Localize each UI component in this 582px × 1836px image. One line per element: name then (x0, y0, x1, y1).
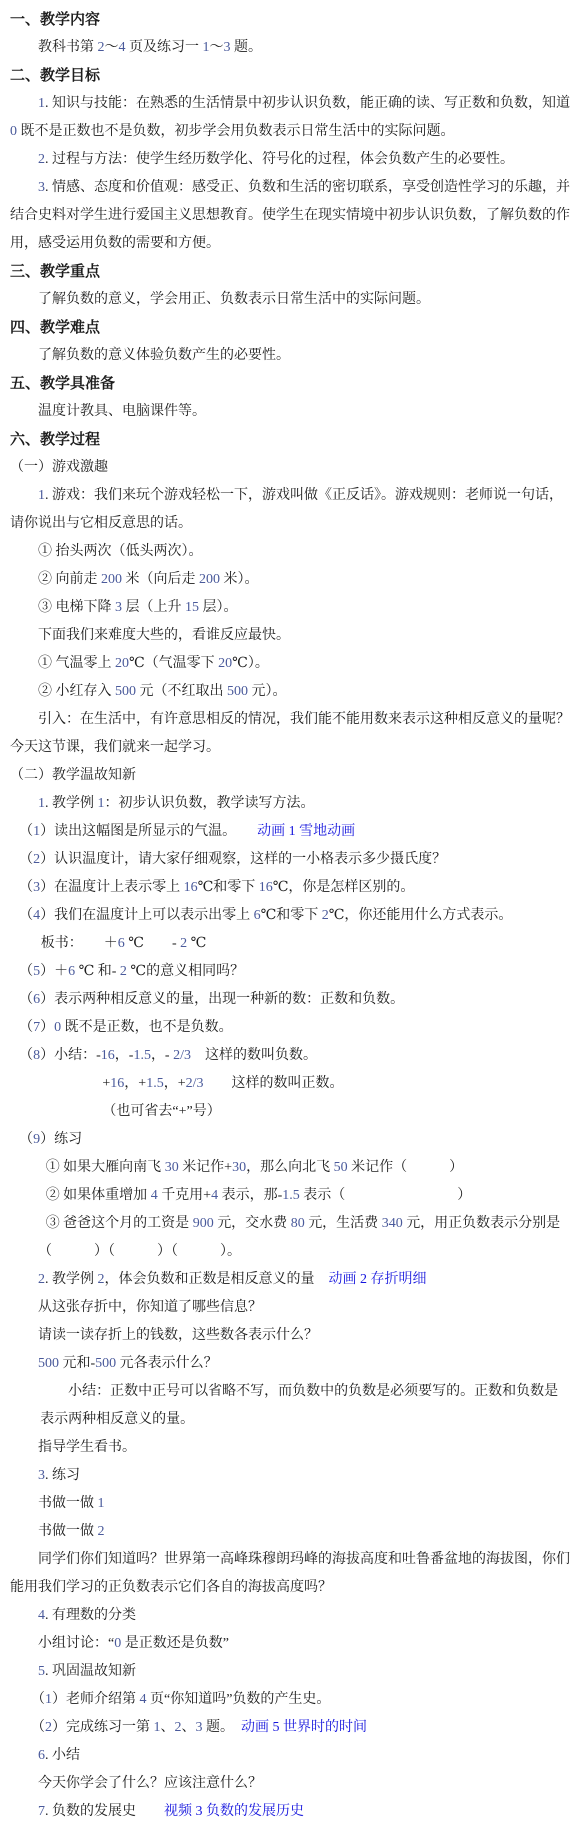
number: 1 (98, 796, 105, 811)
paragraph: 书做一做 2 (10, 1518, 572, 1546)
number: 2 (98, 40, 105, 55)
text-run: 3. 练习 (38, 1468, 80, 1483)
paragraph: 请读一读存折上的钱数，这些数各表示什么？ (10, 1322, 572, 1350)
text-run: （9）练习 (19, 1132, 82, 1147)
text-run: 三、教学重点 (10, 264, 100, 280)
number: 0 (54, 1020, 61, 1035)
text-run: 1. 游戏：我们来玩个游戏轻松一下，游戏叫做《正反话》。游戏规则：老师说一句话，… (10, 488, 563, 531)
number: 2/3 (173, 1048, 191, 1063)
paragraph: （9）练习 (10, 1126, 572, 1154)
video-3-link[interactable]: 视频 3 负数的发展历史 (164, 1804, 304, 1819)
text-run: （3）在温度计上表示零上 16℃和零下 16℃，你是怎样区别的。 (19, 880, 414, 895)
number: 6 (118, 936, 125, 951)
number: 1 (45, 1692, 52, 1707)
number: 2 (38, 152, 45, 167)
paragraph: 500 元和-500 元各表示什么？ (10, 1350, 572, 1378)
number: 3 (38, 180, 45, 195)
paragraph: （2）认识温度计，请大家仔细观察，这样的一小格表示多少摄氏度？ (10, 846, 572, 874)
number: 3 (196, 1720, 203, 1735)
number: 4 (151, 1188, 158, 1203)
number: 50 (334, 1160, 348, 1175)
number: 340 (382, 1216, 403, 1231)
paragraph: 教科书第 2～4 页及练习一 1～3 题。 (10, 34, 572, 62)
paragraph: （1）读出这幅图是所显示的气温。 动画 1 雪地动画 (10, 818, 572, 846)
text-run: （5）＋6 ℃ 和- 2 ℃的意义相同吗？ (19, 964, 244, 979)
number: 6 (254, 908, 261, 923)
number: 7 (33, 1020, 40, 1035)
text-run: 小组讨论：“0 是正数还是负数” (38, 1636, 229, 1651)
number: 20 (218, 656, 232, 671)
text-run: ① 抬头两次（低头两次）。 (38, 544, 203, 559)
text-run: （4）我们在温度计上可以表示出零上 6℃和零下 2℃，你还能用什么方式表示。 (19, 908, 512, 923)
paragraph: 温度计教具、电脑课件等。 (10, 398, 572, 426)
number: 1.5 (146, 1076, 164, 1091)
number: 6 (68, 964, 75, 979)
number: 2 (322, 908, 329, 923)
number: 2/3 (186, 1076, 204, 1091)
section-heading: 一、教学内容 (10, 6, 572, 34)
text-run: 6. 小结 (38, 1748, 80, 1763)
paragraph: ① 气温零上 20℃（气温零下 20℃）。 (10, 650, 572, 678)
text-run: 一、教学内容 (10, 12, 100, 28)
text-run: 1. 知识与技能：在熟悉的生活情景中初步认识负数，能正确的读、写正数和负数，知道… (10, 96, 574, 139)
paragraph: 1. 教学例 1：初步认识负数，教学读写方法。 (10, 790, 572, 818)
number: 2 (38, 1272, 45, 1287)
number: 16 (101, 1048, 115, 1063)
paragraph: 从这张存折中，你知道了哪些信息？ (10, 1294, 572, 1322)
text-run: +16，+1.5，+2/3 这样的数叫正数。 (102, 1076, 343, 1091)
number: 2 (98, 1524, 105, 1539)
number: 1.5 (133, 1048, 151, 1063)
text-run: ③ 电梯下降 3 层（上升 15 层）。 (38, 600, 238, 615)
paragraph: （6）表示两种相反意义的量，出现一种新的数：正数和负数。 (10, 986, 572, 1014)
number: 500 (38, 1356, 59, 1371)
paragraph: 板书： ＋6 ℃ - 2 ℃ (10, 930, 572, 958)
number: 2 (45, 1720, 52, 1735)
number: 8 (33, 1048, 40, 1063)
paragraph: ① 如果大雁向南飞 30 米记作+30，那么向北飞 50 米记作（ ） (38, 1154, 572, 1182)
text-run: 教科书第 2～4 页及练习一 1～3 题。 (38, 40, 262, 55)
number: 30 (232, 1160, 246, 1175)
text-run: ② 小红存入 500 元（不红取出 500 元）。 (38, 684, 287, 699)
text-run: 四、教学难点 (10, 320, 100, 336)
lesson-plan-document: 一、教学内容教科书第 2～4 页及练习一 1～3 题。二、教学目标1. 知识与技… (0, 0, 582, 1836)
text-run: 下面我们来难度大些的，看谁反应最快。 (38, 628, 290, 643)
number: 6 (38, 1748, 45, 1763)
number: 3 (115, 600, 122, 615)
number: 2 (33, 852, 40, 867)
number: 500 (115, 684, 136, 699)
number: 7 (38, 1804, 45, 1819)
paragraph: ③ 爸爸这个月的工资是 900 元，交水费 80 元，生活费 340 元，用正负… (38, 1210, 572, 1266)
number: 1 (203, 40, 210, 55)
number: 0 (10, 124, 17, 139)
text-run: 同学们你们知道吗？世界第一高峰珠穆朗玛峰的海拔高度和吐鲁番盆地的海拔图，你们能用… (10, 1552, 570, 1595)
text-run: 今天你学会了什么？应该注意什么？ (38, 1776, 262, 1791)
text-run: 4. 有理数的分类 (38, 1608, 136, 1623)
text-run: 请读一读存折上的钱数，这些数各表示什么？ (38, 1328, 318, 1343)
paragraph: +16，+1.5，+2/3 这样的数叫正数。 (102, 1070, 572, 1098)
paragraph: 了解负数的意义，学会用正、负数表示日常生活中的实际问题。 (10, 286, 572, 314)
number: 9 (33, 1132, 40, 1147)
text-run: 从这张存折中，你知道了哪些信息？ (38, 1300, 262, 1315)
paragraph: 6. 小结 (10, 1742, 572, 1770)
section-heading: 三、教学重点 (10, 258, 572, 286)
number: 900 (193, 1216, 214, 1231)
paragraph: 1. 知识与技能：在熟悉的生活情景中初步认识负数，能正确的读、写正数和负数，知道… (10, 90, 572, 146)
text-run: （8）小结：-16，-1.5，- 2/3 这样的数叫负数。 (19, 1048, 317, 1063)
paragraph: （5）＋6 ℃ 和- 2 ℃的意义相同吗？ (10, 958, 572, 986)
number: 4 (119, 40, 126, 55)
paragraph: 了解负数的意义体验负数产生的必要性。 (10, 342, 572, 370)
number: 2 (98, 1272, 105, 1287)
number: 2 (120, 964, 127, 979)
number: 4 (38, 1608, 45, 1623)
paragraph: 3. 情感、态度和价值观：感受正、负数和生活的密切联系，享受创造性学习的乐趣，并… (10, 174, 572, 258)
paragraph: ② 如果体重增加 4 千克用+4 表示，那-1.5 表示（ ） (38, 1182, 572, 1210)
paragraph: （7）0 既不是正数，也不是负数。 (10, 1014, 572, 1042)
text-run: （1）老师介绍第 4 页“你知道吗”负数的产生史。 (31, 1692, 330, 1707)
text-run: 板书： ＋6 ℃ - 2 ℃ (41, 936, 207, 951)
number: 20 (115, 656, 129, 671)
text-run: 引入：在生活中，有许意思相反的情况，我们能不能用数来表示这种相反意义的量呢？今天… (10, 712, 570, 755)
paragraph: （2）完成练习一第 1、2、3 题。 动画 5 世界时的时间 (10, 1714, 572, 1742)
number: 6 (33, 992, 40, 1007)
paragraph: 今天你学会了什么？应该注意什么？ (10, 1770, 572, 1798)
text-run: 2. 教学例 2，体会负数和正数是相反意义的量 (38, 1272, 329, 1287)
number: 1 (38, 796, 45, 811)
section-heading: 二、教学目标 (10, 62, 572, 90)
number: 80 (291, 1216, 305, 1231)
number: 3 (33, 880, 40, 895)
paragraph: 7. 负数的发展史 视频 3 负数的发展历史 (10, 1798, 572, 1826)
text-run: （2）认识温度计，请大家仔细观察，这样的一小格表示多少摄氏度？ (19, 852, 446, 867)
number: 2 (180, 936, 187, 951)
number: 4 (140, 1692, 147, 1707)
animation-2-link[interactable]: 动画 2 存折明细 (329, 1272, 427, 1287)
text-run: 书做一做 2 (38, 1524, 105, 1539)
number: 1.5 (282, 1188, 300, 1203)
paragraph: （4）我们在温度计上可以表示出零上 6℃和零下 2℃，你还能用什么方式表示。 (10, 902, 572, 930)
text-run: 500 元和-500 元各表示什么？ (38, 1356, 218, 1371)
number: 16 (259, 880, 273, 895)
number: 1 (154, 1720, 161, 1735)
number: 200 (101, 572, 122, 587)
paragraph: 指导学生看书。 (10, 1434, 572, 1462)
number: 200 (199, 572, 220, 587)
number: 500 (227, 684, 248, 699)
paragraph: 2. 教学例 2，体会负数和正数是相反意义的量 动画 2 存折明细 (10, 1266, 572, 1294)
number: 1 (38, 488, 45, 503)
section-heading: 六、教学过程 (10, 426, 572, 454)
paragraph: 小组讨论：“0 是正数还是负数” (10, 1630, 572, 1658)
paragraph: （也可省去“+”号） (102, 1098, 572, 1126)
paragraph: ③ 电梯下降 3 层（上升 15 层）。 (10, 594, 572, 622)
number: 3 (38, 1468, 45, 1483)
text-run: 小结：正数中正号可以省略不写，而负数中的负数是必须要写的。正数和负数是表示两种相… (40, 1384, 558, 1427)
paragraph: 1. 游戏：我们来玩个游戏轻松一下，游戏叫做《正反话》。游戏规则：老师说一句话，… (10, 482, 572, 538)
text-run: 5. 巩固温故知新 (38, 1664, 136, 1679)
number: 0 (114, 1636, 121, 1651)
number: 16 (184, 880, 198, 895)
text-run: ① 气温零上 20℃（气温零下 20℃）。 (38, 656, 269, 671)
text-run: （6）表示两种相反意义的量，出现一种新的数：正数和负数。 (19, 992, 404, 1007)
number: 4 (33, 908, 40, 923)
text-run: （二）教学温故知新 (10, 768, 136, 783)
paragraph: 4. 有理数的分类 (10, 1602, 572, 1630)
paragraph: 2. 过程与方法：使学生经历数学化、符号化的过程，体会负数产生的必要性。 (10, 146, 572, 174)
paragraph: 下面我们来难度大些的，看谁反应最快。 (10, 622, 572, 650)
text-run: （也可省去“+”号） (102, 1104, 220, 1119)
text-run: ① 如果大雁向南飞 30 米记作+30，那么向北飞 50 米记作（ ） (46, 1160, 463, 1175)
text-run: （一）游戏激趣 (10, 460, 108, 475)
text-run: ③ 爸爸这个月的工资是 900 元，交水费 80 元，生活费 340 元，用正负… (38, 1216, 560, 1259)
paragraph: ② 向前走 200 米（向后走 200 米）。 (10, 566, 572, 594)
text-run: 3. 情感、态度和价值观：感受正、负数和生活的密切联系，享受创造性学习的乐趣，并… (10, 180, 570, 251)
text-run: 书做一做 1 (38, 1496, 105, 1511)
text-run: 1. 教学例 1：初步认识负数，教学读写方法。 (38, 796, 315, 811)
number: 3 (224, 40, 231, 55)
text-run: 二、教学目标 (10, 68, 100, 84)
number: 1 (38, 96, 45, 111)
section-heading: 四、教学难点 (10, 314, 572, 342)
text-run: 了解负数的意义，学会用正、负数表示日常生活中的实际问题。 (38, 292, 430, 307)
number: 500 (95, 1356, 116, 1371)
text-run: 7. 负数的发展史 (38, 1804, 164, 1819)
number: 5 (33, 964, 40, 979)
paragraph: 同学们你们知道吗？世界第一高峰珠穆朗玛峰的海拔高度和吐鲁番盆地的海拔图，你们能用… (10, 1546, 572, 1602)
text-run: 六、教学过程 (10, 432, 100, 448)
text-run: 2. 过程与方法：使学生经历数学化、符号化的过程，体会负数产生的必要性。 (38, 152, 514, 167)
number: 30 (165, 1160, 179, 1175)
number: 1 (98, 1496, 105, 1511)
paragraph: 书做一做 1 (10, 1490, 572, 1518)
paragraph: 3. 练习 (10, 1462, 572, 1490)
section-heading: 五、教学具准备 (10, 370, 572, 398)
text-run: 指导学生看书。 (38, 1440, 136, 1455)
paragraph: ① 抬头两次（低头两次）。 (10, 538, 572, 566)
paragraph: 5. 巩固温故知新 (10, 1658, 572, 1686)
number: 2 (175, 1720, 182, 1735)
paragraph: （8）小结：-16，-1.5，- 2/3 这样的数叫负数。 (10, 1042, 572, 1070)
text-run: ② 向前走 200 米（向后走 200 米）。 (38, 572, 259, 587)
paragraph: （3）在温度计上表示零上 16℃和零下 16℃，你是怎样区别的。 (10, 874, 572, 902)
number: 5 (38, 1664, 45, 1679)
paragraph: 小结：正数中正号可以省略不写，而负数中的负数是必须要写的。正数和负数是表示两种相… (40, 1378, 572, 1434)
text-run: ② 如果体重增加 4 千克用+4 表示，那-1.5 表示（ ） (46, 1188, 472, 1203)
animation-1-link[interactable]: 动画 1 雪地动画 (257, 824, 355, 839)
text-run: 了解负数的意义体验负数产生的必要性。 (38, 348, 290, 363)
animation-5-link[interactable]: 动画 5 世界时的时间 (241, 1720, 367, 1735)
text-run: 五、教学具准备 (10, 376, 115, 392)
paragraph: 引入：在生活中，有许意思相反的情况，我们能不能用数来表示这种相反意义的量呢？今天… (10, 706, 572, 762)
text-run: （7）0 既不是正数，也不是负数。 (19, 1020, 233, 1035)
paragraph: （二）教学温故知新 (10, 762, 572, 790)
paragraph: （1）老师介绍第 4 页“你知道吗”负数的产生史。 (10, 1686, 572, 1714)
text-run: 温度计教具、电脑课件等。 (38, 404, 206, 419)
paragraph: （一）游戏激趣 (10, 454, 572, 482)
number: 16 (110, 1076, 124, 1091)
number: 1 (33, 824, 40, 839)
text-run: （2）完成练习一第 1、2、3 题。 (31, 1720, 241, 1735)
text-run: （1）读出这幅图是所显示的气温。 (19, 824, 257, 839)
number: 4 (211, 1188, 218, 1203)
number: 15 (185, 600, 199, 615)
paragraph: ② 小红存入 500 元（不红取出 500 元）。 (10, 678, 572, 706)
